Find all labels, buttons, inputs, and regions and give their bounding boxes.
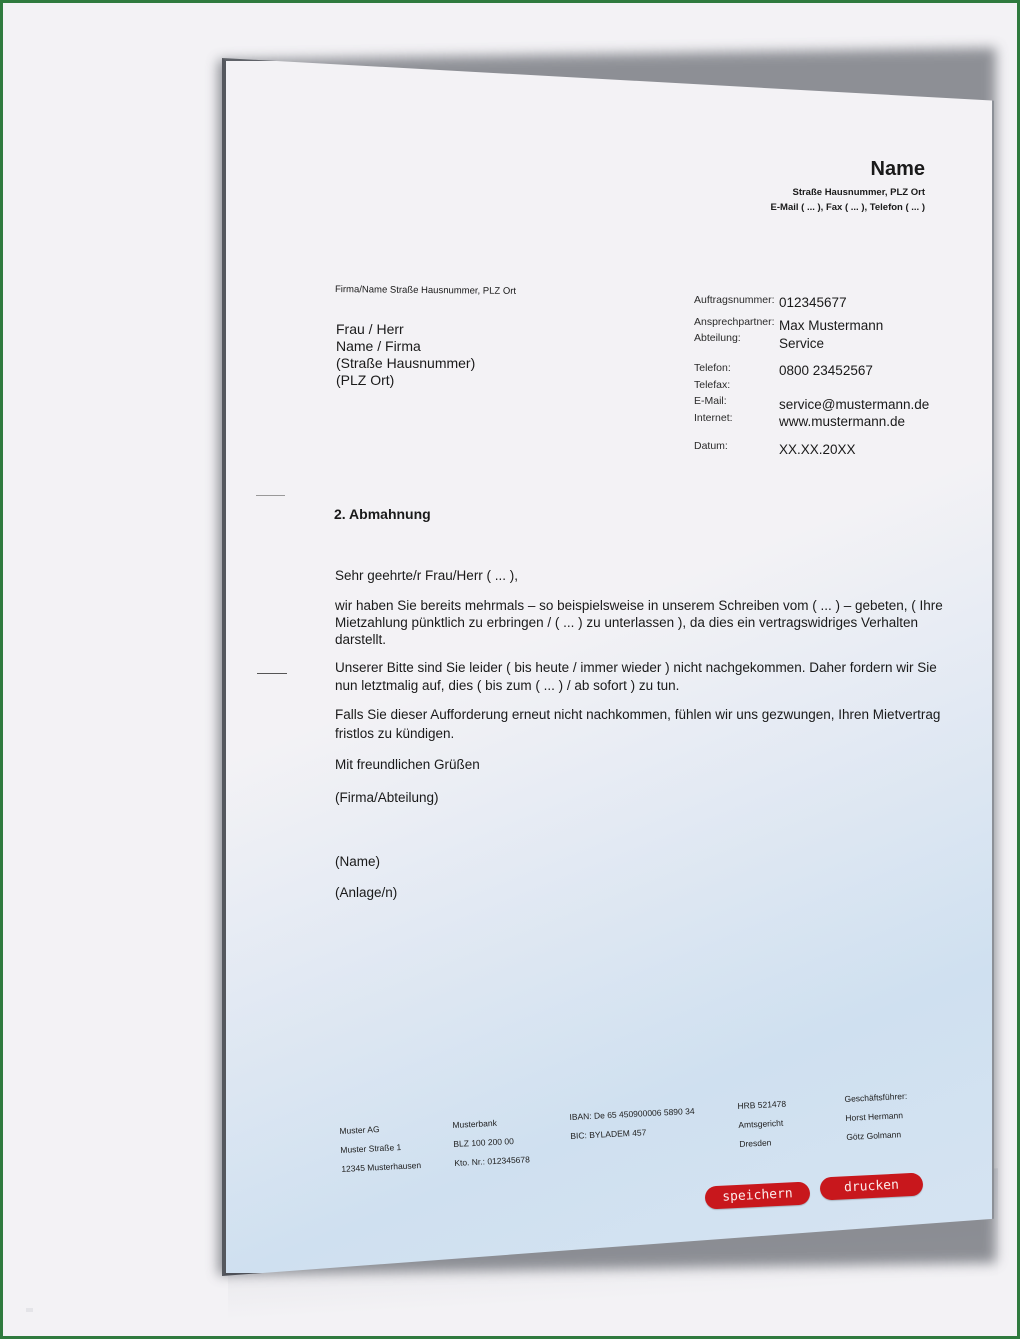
paragraph-line: wir haben Sie bereits mehrmals – so beis…: [335, 597, 943, 614]
paragraph-line: Mietzahlung pünktlich zu erbringen / ( .…: [335, 614, 918, 631]
closing: Mit freundlichen Grüßen: [335, 756, 480, 773]
fold-mark: [257, 673, 287, 674]
info-value-date: XX.XX.20XX: [779, 442, 856, 457]
company-department: (Firma/Abteilung): [335, 789, 439, 806]
recipient-line: (PLZ Ort): [336, 372, 394, 389]
info-value-order-number: 012345677: [779, 295, 847, 310]
return-address: Firma/Name Straße Hausnummer, PLZ Ort: [335, 284, 516, 297]
footer-management: Geschäftsführer: Horst Hermann Götz Golm…: [844, 1087, 910, 1147]
footer-management-line: Götz Golmann: [846, 1125, 910, 1147]
info-value-website: www.mustermann.de: [779, 414, 905, 429]
recipient-line: (Straße Hausnummer): [336, 355, 475, 372]
info-label-order-number: Auftragsnummer:: [694, 294, 775, 306]
info-label-fax: Telefax:: [694, 379, 730, 391]
info-value-email: service@mustermann.de: [779, 397, 929, 412]
footer-company-line: 12345 Musterhausen: [341, 1156, 422, 1179]
footer-company: Muster AG Muster Straße 1 12345 Musterha…: [339, 1118, 422, 1179]
paragraph-line: darstellt.: [335, 631, 386, 648]
fold-mark: [256, 495, 285, 496]
footer-bank: Musterbank BLZ 100 200 00 Kto. Nr.: 0123…: [452, 1112, 530, 1173]
footer-bank-line: Kto. Nr.: 012345678: [454, 1150, 530, 1173]
sender-contact: E-Mail ( ... ), Fax ( ... ), Telefon ( .…: [771, 202, 925, 213]
info-value-department: Service: [779, 336, 824, 351]
sender-name: Name: [871, 158, 925, 181]
footer-iban: IBAN: De 65 450900006 5890 34 BIC: BYLAD…: [569, 1102, 696, 1146]
paragraph-line: Unserer Bitte sind Sie leider ( bis heut…: [335, 659, 937, 676]
recipient-line: Frau / Herr: [336, 321, 404, 338]
paragraph-line: Falls Sie dieser Aufforderung erneut nic…: [335, 706, 940, 723]
footer-register-line: Dresden: [739, 1133, 789, 1154]
sender-address: Straße Hausnummer, PLZ Ort: [792, 187, 925, 198]
letter-subject: 2. Abmahnung: [334, 506, 431, 522]
paragraph-line: fristlos zu kündigen.: [335, 725, 454, 742]
info-label-department: Abteilung:: [694, 332, 741, 344]
info-label-date: Datum:: [694, 440, 728, 452]
footer-register-line: HRB 521478: [737, 1095, 787, 1116]
recipient-line: Name / Firma: [336, 338, 421, 355]
footer-register-line: Amtsgericht: [738, 1114, 788, 1135]
info-value-contact-person: Max Mustermann: [779, 318, 883, 333]
paragraph-line: nun letztmalig auf, dies ( bis zum ( ...…: [335, 677, 679, 694]
info-value-phone: 0800 23452567: [779, 363, 873, 378]
salutation: Sehr geehrte/r Frau/Herr ( ... ),: [335, 567, 518, 584]
info-label-email: E-Mail:: [694, 395, 727, 407]
corner-mark: [26, 1308, 33, 1312]
attachments: (Anlage/n): [335, 884, 397, 901]
signature-name: (Name): [335, 853, 380, 870]
info-label-website: Internet:: [694, 412, 733, 424]
footer-register: HRB 521478 Amtsgericht Dresden: [737, 1095, 788, 1154]
info-label-phone: Telefon:: [694, 362, 731, 374]
info-label-contact-person: Ansprechpartner:: [694, 316, 775, 328]
